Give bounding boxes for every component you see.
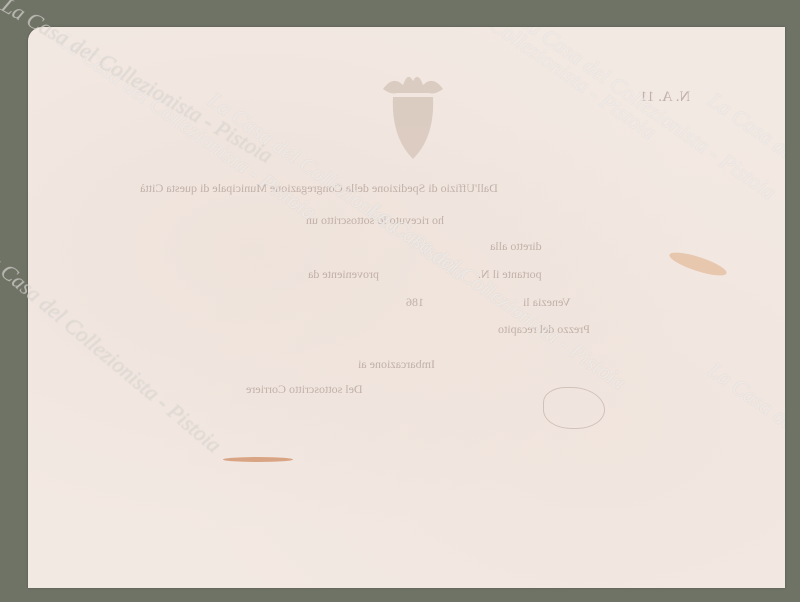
line-origin: proveniente da: [308, 267, 379, 282]
line-year: 186: [406, 295, 424, 310]
watermark: La Casa del Collezionista - Pistoia: [703, 357, 785, 555]
line-addressed: diretto alla: [490, 239, 542, 254]
coat-of-arms-icon: [373, 67, 453, 167]
document-paper: N. A. 11 Dall'Uffizio di Spedizione dell…: [28, 27, 785, 588]
line-boarding: Imbarcazione ai: [358, 357, 435, 372]
line-courier: Del sottoscritto Corriere: [246, 382, 363, 397]
signature-mark: [543, 387, 605, 429]
stain: [667, 248, 728, 280]
stain: [223, 457, 293, 462]
